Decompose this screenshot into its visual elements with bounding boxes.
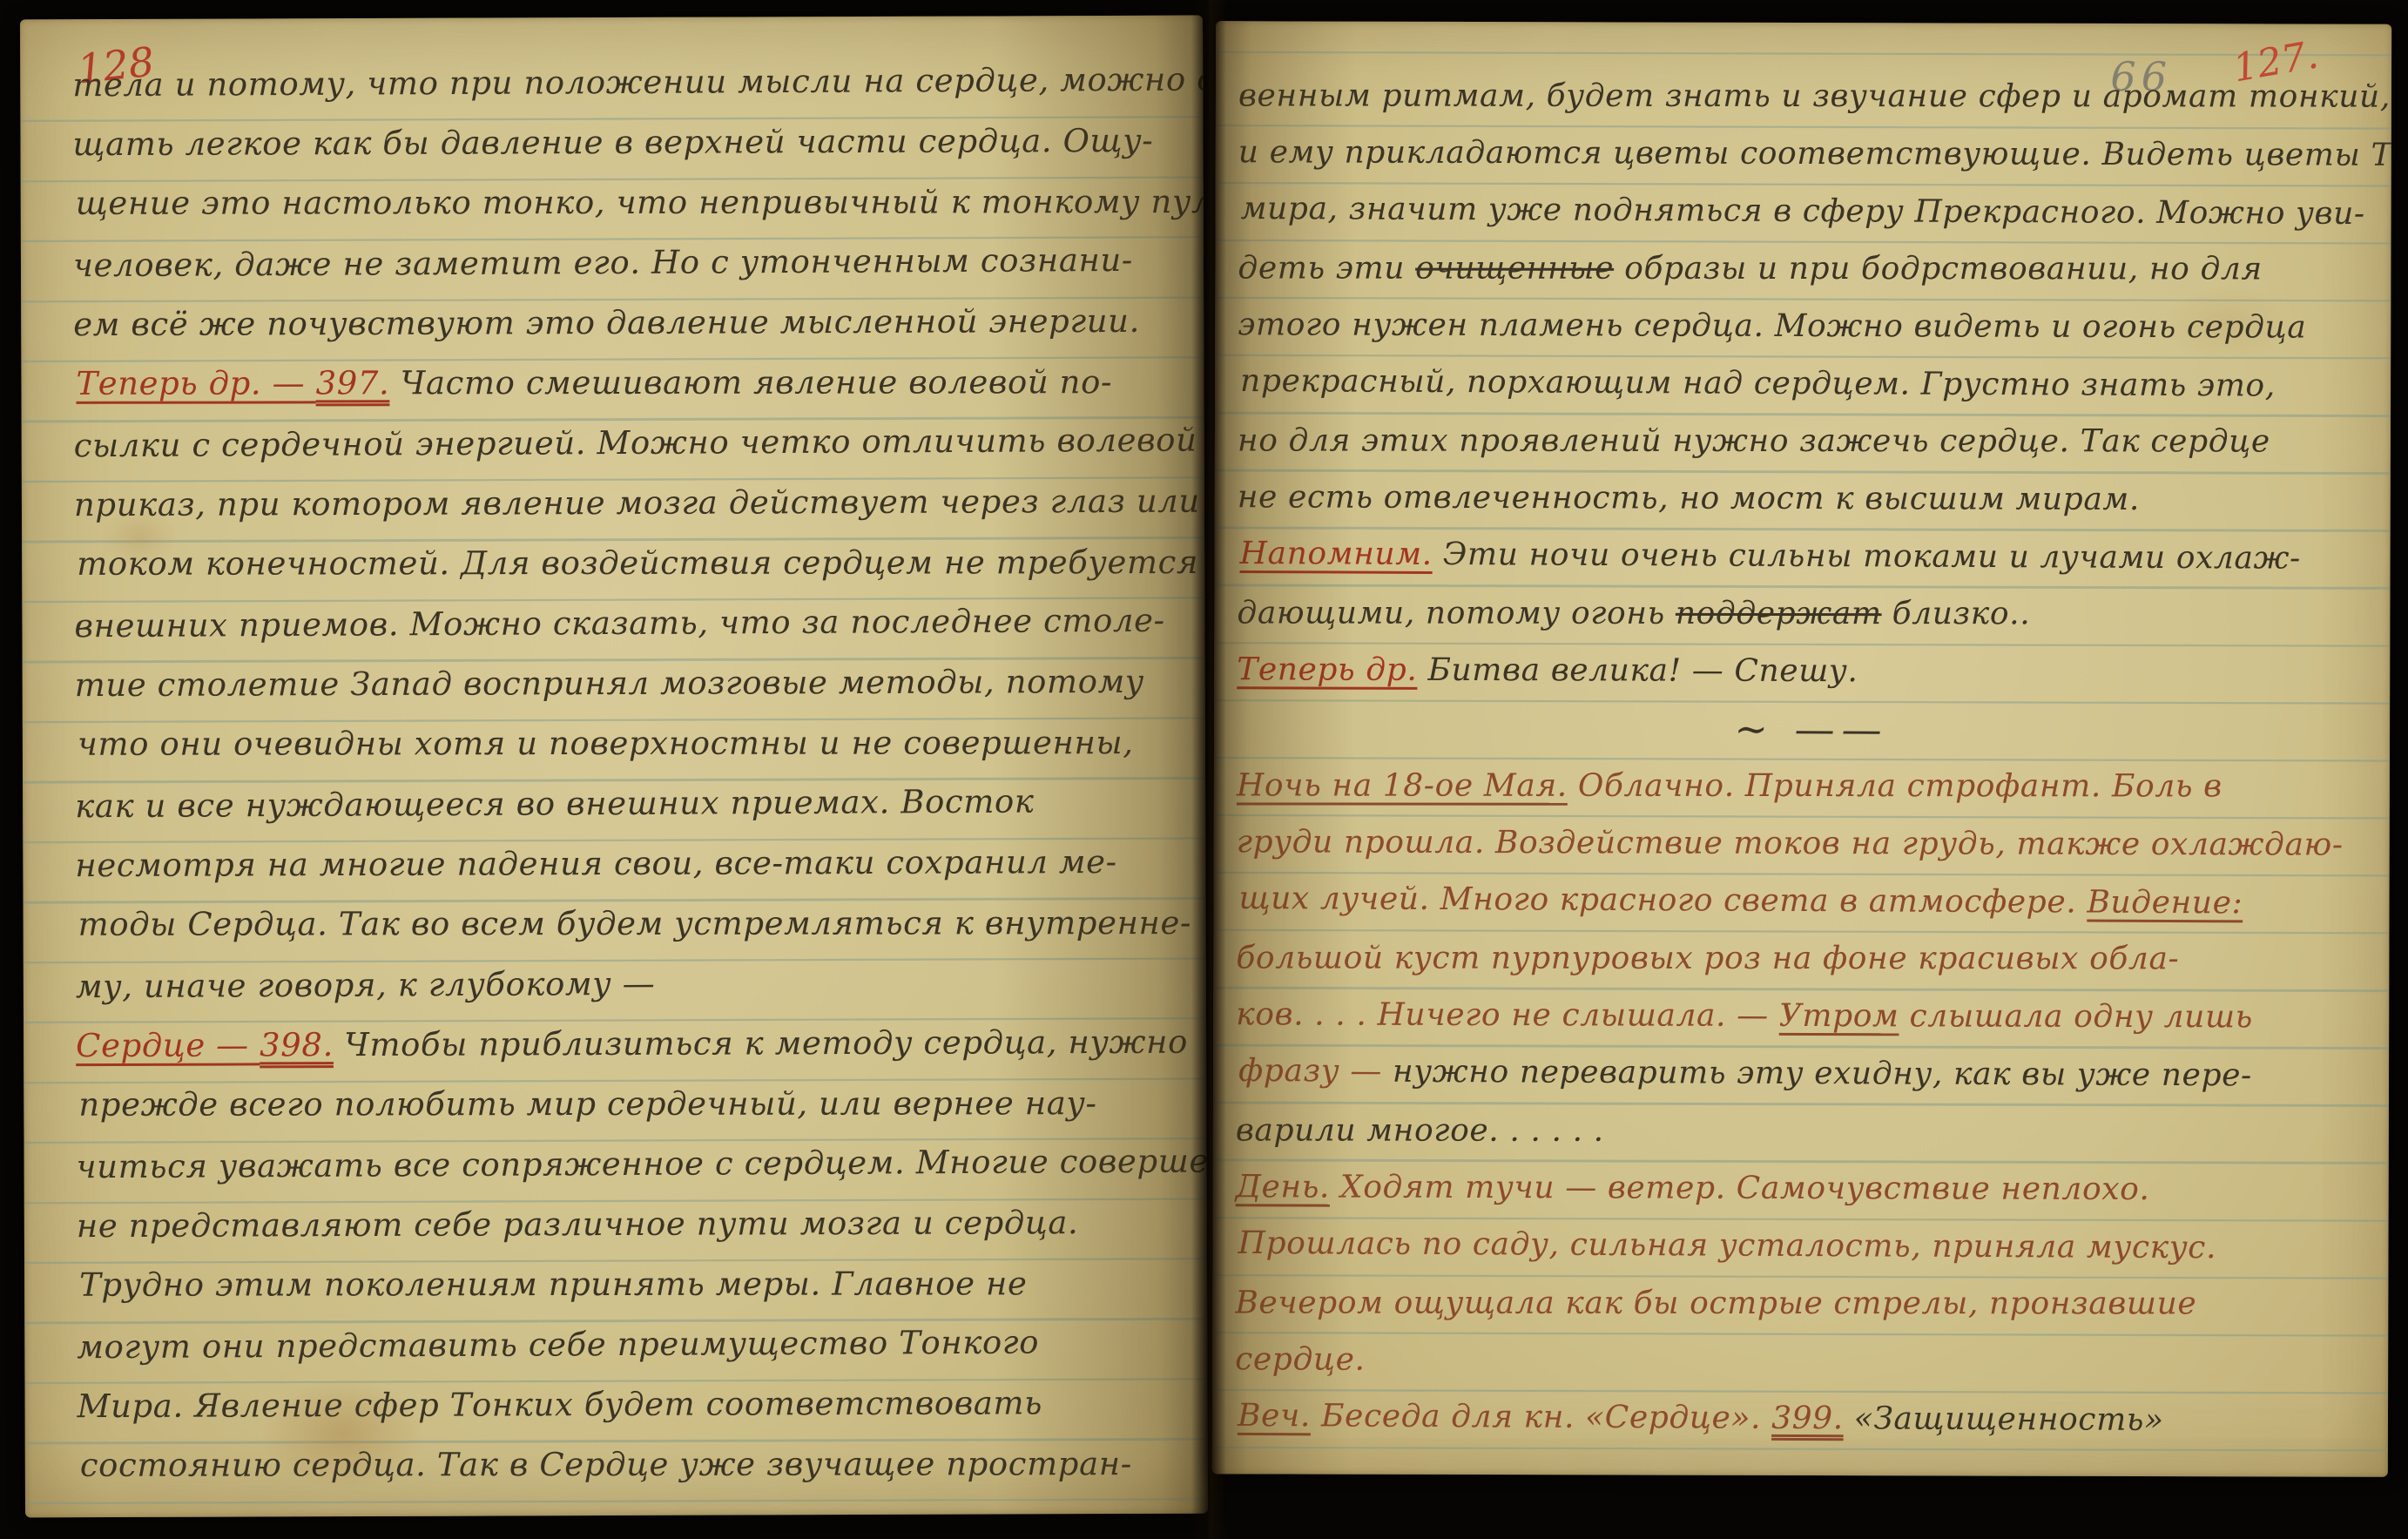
text-run: Прошлась по саду, сильная усталость, при…: [1238, 1225, 2216, 1266]
manuscript-line: тие столетие Запад воспринял мозговые ме…: [75, 651, 1193, 715]
ruled-lines: [1212, 21, 2391, 1477]
manuscript-line: Напомним. Эти ночи очень сильны токами и…: [1239, 525, 2384, 588]
manuscript-line: венным ритмам, будет знать и звучание сф…: [1238, 67, 2383, 125]
manuscript-line: тела и потому, что при положении мысли н…: [72, 50, 1191, 116]
text-run: Веч.: [1238, 1398, 1311, 1434]
text-run: нужно переварить эту ехидну, как вы уже …: [1393, 1054, 2252, 1094]
manuscript-line: что они очевидны хотя и поверхностны и н…: [78, 712, 1196, 774]
manuscript-line: Сердце — 398. Чтобы приблизиться к метод…: [76, 1012, 1194, 1076]
text-run: ем всё же почувствуют это давление мысле…: [73, 302, 1140, 343]
manuscript-line: внешних приемов. Можно сказать, что за п…: [74, 591, 1192, 657]
text-run: мира, значит уже подняться в сферу Прекр…: [1241, 191, 2365, 232]
text-run: но для этих проявлений нужно зажечь серд…: [1238, 422, 2270, 459]
text-run: щение это настолько тонко, что непривычн…: [76, 183, 1208, 222]
text-run: Беседа для кн. «Сердце».: [1311, 1398, 1771, 1435]
text-run: венным ритмам, будет знать и звучание сф…: [1238, 78, 2391, 114]
paper-stain: [100, 507, 179, 568]
notebook-spread: 128 тела и потому, что при положении мыс…: [0, 0, 2408, 1539]
text-run: Чтобы приблизиться к методу сердца, нужн…: [334, 1023, 1188, 1063]
text-run: му, иначе говоря, к глубокому —: [76, 965, 656, 1005]
manuscript-line: не представляют себе различное пути мозг…: [77, 1192, 1195, 1256]
manuscript-line: сердце.: [1235, 1331, 2379, 1391]
manuscript-line: Мира. Явление сфер Тонких будет соответс…: [77, 1373, 1195, 1436]
manuscript-text-left: тела и потому, что при положении мысли н…: [72, 51, 1196, 1496]
text-run: ∼ ——: [1734, 705, 1888, 753]
manuscript-line: фразу — нужно переварить эту ехидну, как…: [1238, 1043, 2383, 1105]
text-run: большой куст пурпуровых роз на фоне крас…: [1236, 940, 2179, 976]
text-run: током конечностей. Для воздействия сердц…: [77, 543, 1198, 583]
text-run: внешних приемов. Можно сказать, что за п…: [74, 602, 1164, 645]
text-run: Трудно этим поколениям принять меры. Гла…: [79, 1265, 1027, 1304]
text-run: Часто смешивают явление волевой по-: [389, 363, 1112, 402]
manuscript-line: Ночь на 18-ое Мая. Облачно. Приняла стро…: [1237, 757, 2381, 815]
manuscript-line: приказ, при котором явление мозга действ…: [74, 471, 1192, 535]
text-run: тие столетие Запад воспринял мозговые ме…: [75, 663, 1144, 704]
text-run: тела и потому, что при положении мысли н…: [72, 60, 1208, 104]
manuscript-line: му, иначе говоря, к глубокому —: [76, 951, 1194, 1017]
text-run: как и все нуждающееся во внешних приемах…: [75, 783, 1035, 826]
text-run: 399.: [1771, 1401, 1844, 1436]
text-run: «Защищенность»: [1844, 1401, 2164, 1438]
manuscript-line: Вечером ощущала как бы острые стрелы, пр…: [1235, 1274, 2379, 1333]
text-run: Битва велика! — Спешу.: [1417, 652, 1858, 689]
manuscript-line: током конечностей. Для воздействия сердц…: [77, 532, 1195, 594]
manuscript-line: читься уважать все сопряженное с сердцем…: [76, 1131, 1194, 1198]
text-run: Теперь др. —: [76, 364, 315, 402]
text-run: могут они представить себе преимущество …: [77, 1323, 1039, 1366]
text-run: щих лучей. Много красного света в атмосф…: [1238, 881, 2087, 921]
paper-stain: [260, 1377, 425, 1491]
manuscript-line: прекрасный, порхающим над сердцем. Груст…: [1240, 353, 2384, 415]
text-run: и ему прикладаются цветы соответствующие…: [1238, 134, 2391, 173]
text-run: близко..: [1882, 596, 2031, 631]
manuscript-line: Прошлась по саду, сильная усталость, при…: [1238, 1215, 2382, 1278]
manuscript-line: День. Ходят тучи — ветер. Самочувствие н…: [1236, 1158, 2380, 1218]
text-run: поддержат: [1676, 596, 1882, 631]
manuscript-line: щение это настолько тонко, что непривычн…: [76, 172, 1194, 233]
text-run: не есть отвлеченность, но мост к высшим …: [1238, 479, 2140, 517]
manuscript-line: этого нужен пламень сердца. Можно видеть…: [1238, 296, 2382, 356]
text-run: человек, даже не заметит его. Но с утонч…: [73, 241, 1133, 284]
page-number-left: 128: [76, 37, 157, 92]
ruled-lines: [20, 16, 1208, 1518]
manuscript-line: Теперь др. — 397. Часто смешивают явлени…: [76, 352, 1194, 414]
manuscript-line: как и все нуждающееся во внешних приемах…: [75, 771, 1193, 837]
manuscript-line: деть эти очищенные образы и при бодрство…: [1238, 240, 2382, 298]
text-run: образы и при бодрствовании, но для: [1614, 251, 2263, 287]
manuscript-line: ∼ ——: [1239, 698, 2384, 760]
text-run: Видение:: [2087, 885, 2243, 921]
text-run: деть эти: [1238, 250, 1415, 286]
text-run: щать легкое как бы давление в верхней ча…: [72, 122, 1153, 163]
text-run: прекрасный, порхающим над сердцем. Груст…: [1240, 363, 2276, 404]
text-run: дающими, потому огонь: [1237, 595, 1676, 631]
text-run: читься уважать все сопряженное с сердцем…: [76, 1142, 1208, 1185]
page-number-right: 127.: [2229, 32, 2321, 91]
text-run: этого нужен пламень сердца. Можно видеть…: [1238, 307, 2306, 345]
manuscript-line: мира, значит уже подняться в сферу Прекр…: [1240, 180, 2384, 243]
manuscript-line: прежде всего полюбить мир сердечный, или…: [78, 1073, 1197, 1135]
text-run: сылки с сердечной энергией. Можно четко …: [74, 422, 1197, 465]
paper-stain: [2164, 285, 2286, 363]
manuscript-line: дающими, потому огонь поддержат близко..: [1237, 584, 2381, 643]
text-run: Сердце —: [76, 1026, 260, 1064]
manuscript-line: но для этих проявлений нужно зажечь серд…: [1238, 412, 2382, 470]
manuscript-line: состоянию сердца. Так в Сердце уже звуча…: [80, 1434, 1198, 1495]
text-run: Вечером ощущала как бы острые стрелы, пр…: [1235, 1285, 2196, 1321]
text-run: приказ, при котором явление мозга действ…: [74, 483, 1200, 524]
manuscript-line: человек, даже не заметит его. Но с утонч…: [73, 230, 1191, 296]
manuscript-text-right: венным ритмам, будет знать и звучание сф…: [1235, 66, 2383, 1448]
text-run: Облачно. Приняла строфант. Боль в: [1568, 768, 2223, 805]
text-run: Утром: [1779, 998, 1899, 1034]
archive-number-pencil: 66: [2110, 53, 2172, 100]
binding-gutter-shadow: [1191, 0, 1226, 1539]
text-run: Ходят тучи — ветер. Самочувствие неплохо…: [1330, 1170, 2150, 1207]
text-run: фразу —: [1238, 1053, 1393, 1090]
manuscript-line: и ему прикладаются цветы соответствующие…: [1238, 124, 2383, 184]
text-run: состоянию сердца. Так в Сердце уже звуча…: [80, 1445, 1132, 1484]
right-page: 66 127. венным ритмам, будет знать и зву…: [1212, 21, 2391, 1477]
text-run: очищенные: [1415, 251, 1614, 287]
manuscript-line: тоды Сердца. Так во всем будем устремлят…: [78, 893, 1197, 955]
manuscript-line: несмотря на многие падения свои, все-так…: [75, 832, 1193, 895]
text-run: Мира. Явление сфер Тонких будет соответс…: [77, 1384, 1042, 1425]
text-run: День.: [1236, 1169, 1330, 1205]
text-run: сердце.: [1235, 1341, 1366, 1377]
text-run: груди прошла. Воздействие токов на грудь…: [1237, 824, 2344, 862]
text-run: Ночь на 18-ое Мая.: [1237, 767, 1568, 803]
manuscript-line: Трудно этим поколениям принять меры. Гла…: [79, 1253, 1197, 1315]
text-run: Теперь др.: [1237, 651, 1417, 688]
text-run: ков. . . . Ничего не слышала. —: [1236, 996, 1779, 1034]
manuscript-line: груди прошла. Воздействие токов на грудь…: [1237, 813, 2381, 874]
text-run: тоды Сердца. Так во всем будем устремлят…: [78, 904, 1192, 943]
manuscript-line: сылки с сердечной энергией. Можно четко …: [74, 410, 1192, 476]
text-run: Эти ночи очень сильны токами и лучами ох…: [1433, 537, 2301, 577]
manuscript-line: ем всё же почувствуют это давление мысле…: [73, 291, 1191, 354]
left-page: 128 тела и потому, что при положении мыс…: [20, 16, 1208, 1518]
manuscript-line: большой куст пурпуровых роз на фоне крас…: [1236, 929, 2380, 988]
text-run: варили многое. . . . . .: [1236, 1112, 1604, 1148]
text-run: несмотря на многие падения свои, все-так…: [75, 843, 1117, 884]
text-run: не представляют себе различное пути мозг…: [77, 1204, 1079, 1245]
manuscript-line: Веч. Беседа для кн. «Сердце». 399. «Защи…: [1238, 1387, 2382, 1450]
text-run: слышала одну лишь: [1899, 998, 2252, 1035]
manuscript-line: щать легкое как бы давление в верхней ча…: [72, 111, 1191, 174]
manuscript-line: ков. . . . Ничего не слышала. — Утром сл…: [1236, 986, 2380, 1046]
text-run: прежде всего полюбить мир сердечный, или…: [78, 1084, 1096, 1124]
text-run: что они очевидны хотя и поверхностны и н…: [78, 724, 1134, 763]
manuscript-line: могут они представить себе преимущество …: [77, 1312, 1195, 1378]
text-run: Напомним.: [1239, 536, 1432, 572]
manuscript-line: Теперь др. Битва велика! — Спешу.: [1237, 641, 2381, 701]
text-run: 398.: [260, 1026, 334, 1063]
text-run: 397.: [316, 364, 390, 402]
manuscript-line: не есть отвлеченность, но мост к высшим …: [1238, 469, 2382, 529]
manuscript-line: варили многое. . . . . .: [1236, 1102, 2380, 1160]
manuscript-line: щих лучей. Много красного света в атмосф…: [1238, 870, 2383, 933]
